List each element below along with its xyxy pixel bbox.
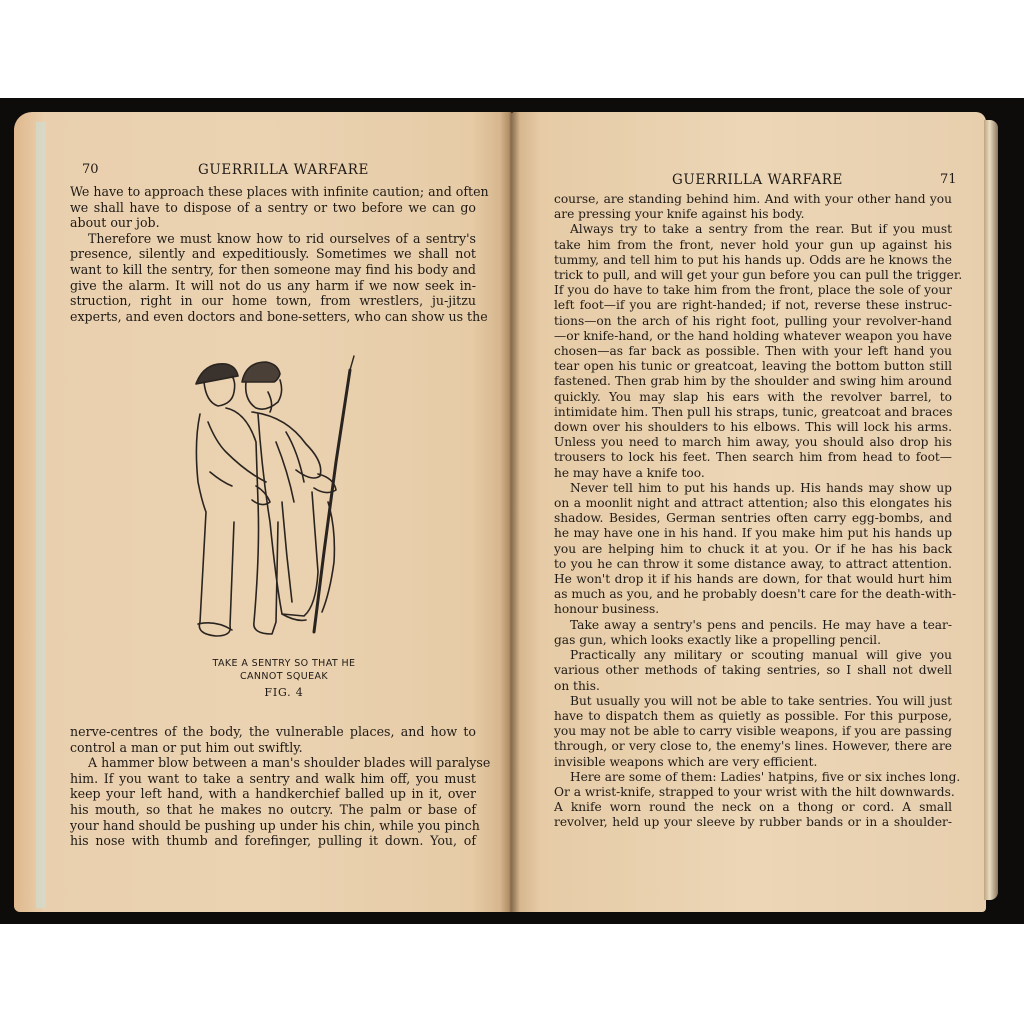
text-line: If you do have to take him from the fron… <box>554 283 952 298</box>
text-line: tions—on the arch of his right foot, pul… <box>554 314 952 329</box>
text-line: trousers to lock his feet. Then search h… <box>554 450 952 465</box>
text-line: have to dispatch them as quietly as poss… <box>554 709 952 724</box>
text-line: we shall have to dispose of a sentry or … <box>70 200 476 216</box>
text-line: invisible weapons which are very efficie… <box>554 755 952 770</box>
text-line: experts, and even doctors and bone-sette… <box>70 309 476 325</box>
running-head: GUERRILLA WARFARE <box>198 162 369 178</box>
page-number: 71 <box>940 172 957 187</box>
text-line: give the alarm. It will not do us any ha… <box>70 278 476 294</box>
text-line: trick to pull, and will get your gun bef… <box>554 268 952 283</box>
figure-caption-line1: TAKE A SENTRY SO THAT HE <box>164 658 404 669</box>
page-edges <box>984 120 998 900</box>
text-line: shadow. Besides, German sentries often c… <box>554 511 952 526</box>
text-line: he may have one in his hand. If you make… <box>554 526 952 541</box>
text-line: about our job. <box>70 215 476 231</box>
text-line: control a man or put him out swiftly. <box>70 740 476 756</box>
body-text: course, are standing behind him. And wit… <box>554 192 952 831</box>
text-line: on this. <box>554 679 952 694</box>
text-line: revolver, held up your sleeve by rubber … <box>554 815 952 830</box>
text-line: tummy, and tell him to put his hands up.… <box>554 253 952 268</box>
top-text: We have to approach these places with in… <box>70 184 476 324</box>
text-line: to you he can throw it some distance awa… <box>554 557 952 572</box>
text-line: Unless you need to march him away, you s… <box>554 435 952 450</box>
text-line: he may have a knife too. <box>554 466 952 481</box>
book-gutter <box>500 112 520 912</box>
text-line: him. If you want to take a sentry and wa… <box>70 771 476 787</box>
text-line: want to kill the sentry, for then someon… <box>70 262 476 278</box>
text-line: fastened. Then grab him by the shoulder … <box>554 374 952 389</box>
text-line: you may not be able to carry visible wea… <box>554 724 952 739</box>
text-line: on a moonlit night and attract attention… <box>554 496 952 511</box>
right-page: GUERRILLA WARFARE 71 course, are standin… <box>512 112 986 912</box>
text-line: presence, silently and expeditiously. So… <box>70 246 476 262</box>
bottom-text: nerve-centres of the body, the vulnerabl… <box>70 724 476 849</box>
left-page: 70 GUERRILLA WARFARE We have to approach… <box>14 112 512 912</box>
text-line: left foot—if you are right-handed; if no… <box>554 298 952 313</box>
text-line: are pressing your knife against his body… <box>554 207 952 222</box>
text-line: down over his shoulders to his elbows. T… <box>554 420 952 435</box>
text-line: Or a wrist-knife, strapped to your wrist… <box>554 785 952 800</box>
text-line: Take away a sentry's pens and pencils. H… <box>554 618 952 633</box>
page-number: 70 <box>82 162 99 177</box>
text-line: gas gun, which looks exactly like a prop… <box>554 633 952 648</box>
text-line: —or knife-hand, or the hand holding what… <box>554 329 952 344</box>
text-line: A hammer blow between a man's shoulder b… <box>70 755 476 771</box>
text-line: Always try to take a sentry from the rea… <box>554 222 952 237</box>
text-line: A knife worn round the neck on a thong o… <box>554 800 952 815</box>
text-line: your hand should be pushing up under his… <box>70 818 476 834</box>
text-line: his mouth, so that he makes no outcry. T… <box>70 802 476 818</box>
text-line: as much as you, and he probably doesn't … <box>554 587 952 602</box>
text-line: you are helping him to chuck it at you. … <box>554 542 952 557</box>
text-line: course, are standing behind him. And wit… <box>554 192 952 207</box>
text-line: Never tell him to put his hands up. His … <box>554 481 952 496</box>
text-line: struction, right in our home town, from … <box>70 293 476 309</box>
text-line: take him from the front, never hold your… <box>554 238 952 253</box>
two-men-sentry-drawing-icon <box>186 352 386 652</box>
figure-caption-line2: CANNOT SQUEAK <box>164 671 404 682</box>
text-line: Practically any military or scouting man… <box>554 648 952 663</box>
text-line: through, or very close to, the enemy's l… <box>554 739 952 754</box>
text-line: his nose with thumb and forefinger, pull… <box>70 833 476 849</box>
text-line: chosen—as far back as possible. Then wit… <box>554 344 952 359</box>
text-line: nerve-centres of the body, the vulnerabl… <box>70 724 476 740</box>
text-line: keep your left hand, with a handkerchief… <box>70 786 476 802</box>
text-line: various other methods of taking sentries… <box>554 663 952 678</box>
text-line: quickly. You may slap his ears with the … <box>554 390 952 405</box>
text-line: honour business. <box>554 602 952 617</box>
text-line: Therefore we must know how to rid oursel… <box>70 231 476 247</box>
text-line: We have to approach these places with in… <box>70 184 476 200</box>
text-line: Here are some of them: Ladies' hatpins, … <box>554 770 952 785</box>
running-head: GUERRILLA WARFARE <box>672 172 843 188</box>
figure-label: FIG. 4 <box>164 686 404 699</box>
text-line: intimidate him. Then pull his straps, tu… <box>554 405 952 420</box>
text-line: tear open his tunic or greatcoat, leavin… <box>554 359 952 374</box>
text-line: He won't drop it if his hands are down, … <box>554 572 952 587</box>
text-line: But usually you will not be able to take… <box>554 694 952 709</box>
